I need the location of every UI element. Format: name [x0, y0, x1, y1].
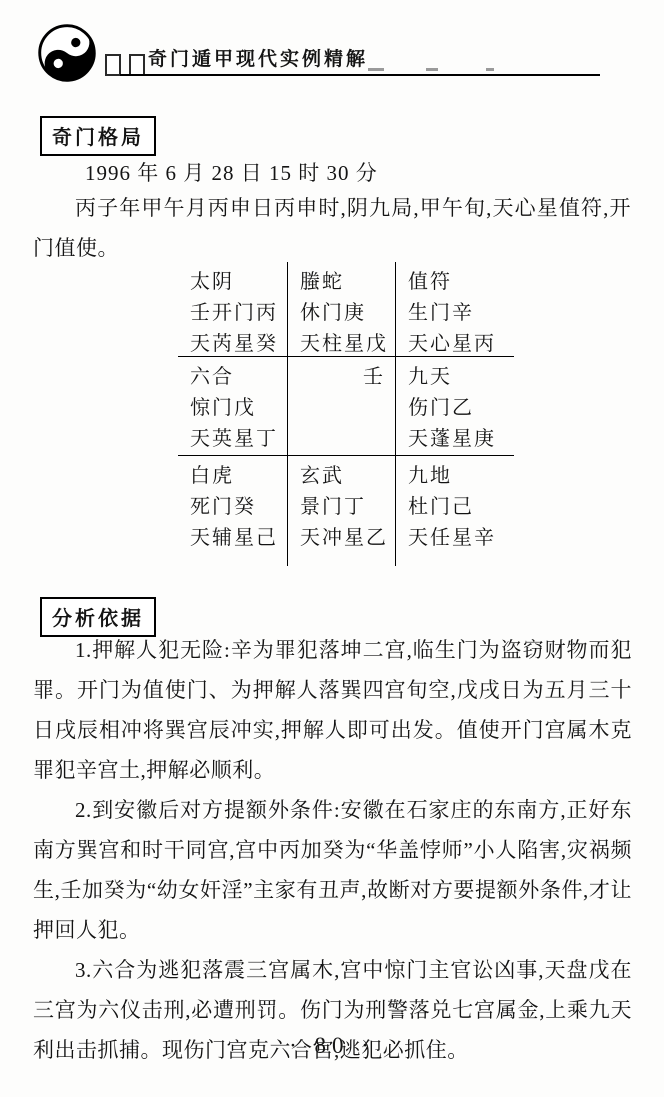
cell-line: 休门庚: [300, 298, 395, 329]
page-header: 奇门遁甲现代实例精解: [38, 24, 630, 88]
qimen-cell-sw: 白虎 死门癸 天辅星己: [178, 456, 288, 566]
qimen-cell-e: 九天 伤门乙 天蓬星庚: [396, 357, 514, 456]
cell-line: 六合: [190, 362, 287, 393]
qimen-chart-grid: 太阴 壬开门丙 天芮星癸 螣蛇 休门庚 天柱星戊 值符 生门辛 天心星丙 六合 …: [178, 262, 514, 566]
header-underline: [120, 74, 600, 76]
cell-line: 值符: [408, 267, 514, 298]
cell-line: 天柱星戊: [300, 329, 395, 360]
cell-line: 天心星丙: [408, 329, 514, 360]
qimen-cell-center: 壬: [288, 357, 396, 456]
cell-line: 天芮星癸: [190, 329, 287, 360]
qimen-cell-ne: 值符 生门辛 天心星丙: [396, 262, 514, 357]
cell-line: 惊门戊: [190, 393, 287, 424]
qimen-cell-n: 螣蛇 休门庚 天柱星戊: [288, 262, 396, 357]
analysis-section: 1.押解人犯无险:辛为罪犯落坤二宫,临生门为盗窃财物而犯罪。开门为值使门、为押解…: [33, 630, 632, 1070]
cell-line: 天蓬星庚: [408, 424, 514, 455]
book-page: 奇门遁甲现代实例精解 奇门格局 1996 年 6 月 28 日 15 时 30 …: [0, 0, 664, 1097]
cell-line: 九地: [408, 461, 514, 492]
scan-dash: [426, 68, 438, 71]
cell-line: 天辅星己: [190, 523, 287, 554]
chart-datetime: 1996 年 6 月 28 日 15 时 30 分: [85, 157, 378, 187]
cell-line: 九天: [408, 362, 514, 393]
qimen-cell-nw: 太阴 壬开门丙 天芮星癸: [178, 262, 288, 357]
section-heading-qimen-geju: 奇门格局: [40, 116, 156, 156]
missing-glyph-box-icon: [105, 54, 121, 76]
cell-line: 白虎: [190, 461, 287, 492]
cell-line: 景门丁: [300, 492, 395, 523]
taiji-yinyang-icon: [26, 12, 108, 94]
cell-line: 伤门乙: [408, 393, 514, 424]
cell-line: 生门辛: [408, 298, 514, 329]
cell-line: 太阴: [190, 267, 287, 298]
chart-intro-paragraph: 丙子年甲午月丙申日丙申时,阴九局,甲午旬,天心星值符,开门值使。: [33, 188, 631, 268]
cell-line: 杜门己: [408, 492, 514, 523]
analysis-paragraph-1: 1.押解人犯无险:辛为罪犯落坤二宫,临生门为盗窃财物而犯罪。开门为值使门、为押解…: [33, 630, 632, 790]
cell-line: 玄武: [300, 461, 395, 492]
scan-dash: [486, 68, 494, 71]
cell-line: 天英星丁: [190, 424, 287, 455]
cell-line: 死门癸: [190, 492, 287, 523]
cell-line: 螣蛇: [300, 267, 395, 298]
qimen-cell-w: 六合 惊门戊 天英星丁: [178, 357, 288, 456]
cell-line: 壬开门丙: [190, 298, 287, 329]
cell-line: 天冲星乙: [300, 523, 395, 554]
cell-line: 壬: [300, 362, 385, 393]
book-title: 奇门遁甲现代实例精解: [148, 44, 368, 71]
missing-glyph-box-icon: [129, 54, 145, 76]
analysis-paragraph-2: 2.到安徽后对方提额外条件:安徽在石家庄的东南方,正好东南方巽宫和时干同宫,宫中…: [33, 790, 632, 950]
qimen-cell-se: 九地 杜门己 天任星辛: [396, 456, 514, 566]
qimen-cell-s: 玄武 景门丁 天冲星乙: [288, 456, 396, 566]
cell-line: 天任星辛: [408, 523, 514, 554]
scan-dash: [368, 68, 384, 71]
page-number: · 80 ·: [0, 1033, 664, 1059]
